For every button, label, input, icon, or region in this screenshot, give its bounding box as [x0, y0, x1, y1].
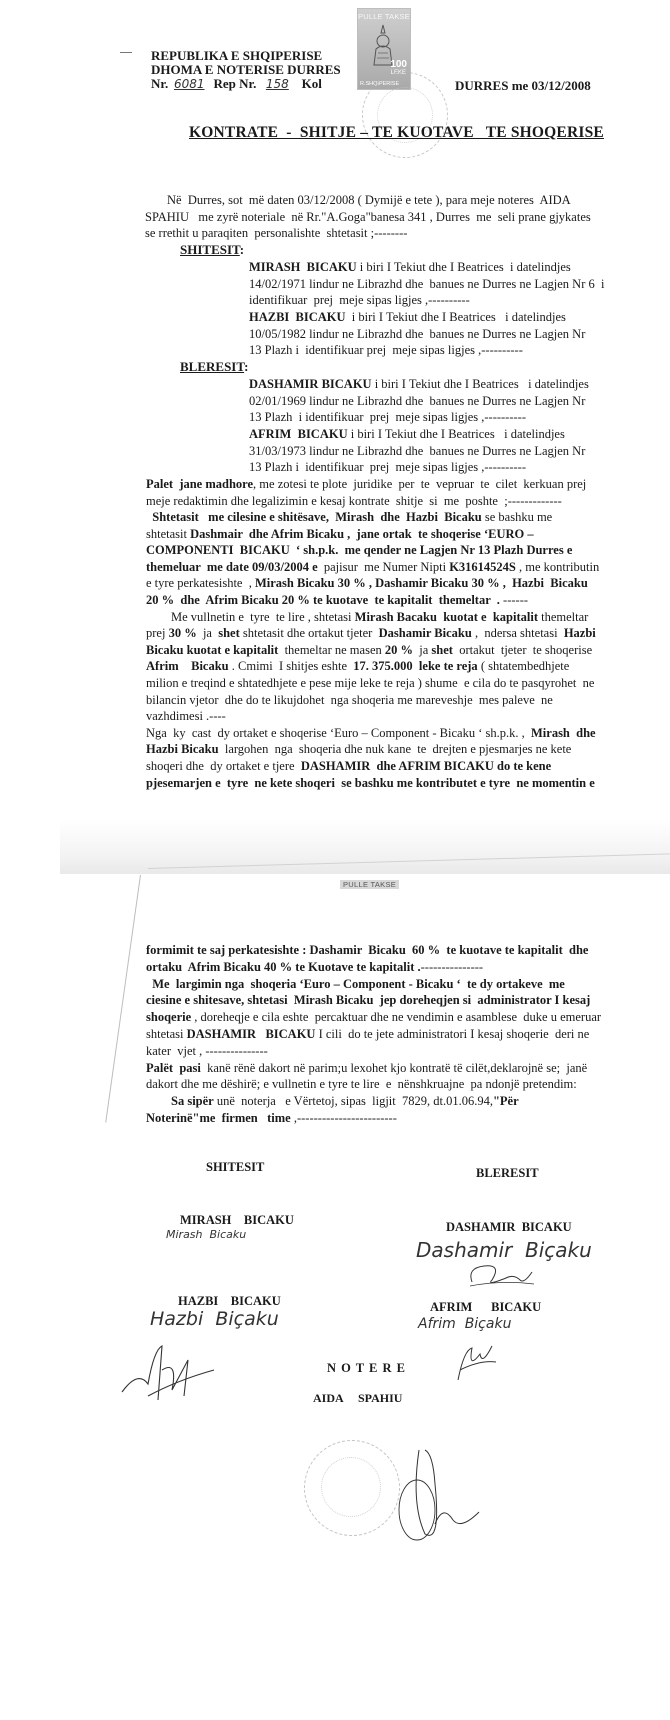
parties-paragraph: Palet jane madhore, me zotesi te plote j…	[146, 476, 626, 509]
page-1: PULLE TAKSE 100 LEKE R.SHQIPERISE REPUBL…	[0, 0, 670, 820]
seller-entry: MIRASH BICAKU i biri I Tekiut dhe I Beat…	[249, 259, 629, 309]
body-text: prej	[146, 626, 169, 640]
body-line: Nga ky cast dy ortaket e shoqerise ‘Euro…	[146, 725, 626, 742]
notary-seal	[362, 72, 448, 158]
body-text: Palët pasi	[146, 1061, 201, 1075]
buyer-line: i biri I Tekiut dhe I Beatrices i dateli…	[372, 377, 589, 391]
seller-line: i biri I Tekiut dhe I Beatrices i dateli…	[346, 310, 566, 324]
body-line: Me vullnetin e tyre te lire , shtetasi M…	[146, 609, 626, 626]
corner-mark	[120, 52, 132, 53]
tax-stamp-label: PULLE TAKSE	[358, 12, 410, 21]
notary-signature-icon	[395, 1444, 485, 1544]
body-line: prej 30 % ja shet shtetasit dhe ortakut …	[146, 625, 626, 642]
body-line: milion e treqind e shtatedhjete e pese m…	[146, 675, 626, 692]
body-text: Hazbi Bicaku	[146, 742, 219, 756]
body-line: ciesine e shitesave, shtetasi Mirash Bic…	[146, 992, 626, 1009]
body-text: 30 %	[169, 626, 197, 640]
body-text: ---------------	[421, 960, 483, 974]
body-text: bilancin vjetor dhe do te likujdohet nga…	[146, 693, 553, 707]
parties-line: , me zotesi te plote juridike per te vep…	[253, 477, 586, 491]
body-line: pjesemarjen e tyre ne kete shoqeri se ba…	[146, 775, 626, 792]
buyer-line: 13 Plazh i identifikuar prej meje sipas …	[249, 459, 629, 476]
seller1-signature: Mirash Bicaku	[166, 1228, 246, 1241]
body-text: shtetasit	[146, 527, 190, 541]
body-line: Hazbi Bicaku largohen nga shoqeria dhe n…	[146, 741, 626, 758]
body-line: Noterinë"me firmen time ,---------------…	[146, 1110, 626, 1127]
body-text: ja	[197, 626, 219, 640]
body-line: bilancin vjetor dhe do te likujdohet nga…	[146, 692, 626, 709]
buyers-signature-heading: BLERESIT	[476, 1166, 539, 1181]
parties-lead: Palet jane madhore	[146, 477, 253, 491]
body-line: ortaku Afrim Bicaku 40 % te Kuotave te k…	[146, 959, 626, 976]
notary-seal-page2-inner	[321, 1457, 381, 1517]
body-line: shoqeri dhe dy ortaket e tjere DASHAMIR …	[146, 758, 626, 775]
sellers-heading-text: SHITESIT	[180, 242, 240, 257]
body-text: COMPONENTI BICAKU ‘ sh.p.k. me qender ne…	[146, 543, 572, 557]
intro-line: Në Durres, sot më daten 03/12/2008 ( Dym…	[145, 192, 625, 209]
body-text: ------	[500, 593, 528, 607]
buyers-heading-text: BLERESIT	[180, 359, 244, 374]
body-text: Hazbi	[564, 626, 596, 640]
body-text: shoqerie	[146, 1010, 191, 1024]
buyer2-signature: Afrim Biçaku	[418, 1316, 511, 1332]
body-text: themeltar ne masen	[278, 643, 385, 657]
buyer-name: AFRIM BICAKU	[249, 427, 348, 441]
body-text: Afrim Bicaku	[146, 659, 229, 673]
body-line: kater vjet , ---------------	[146, 1043, 626, 1060]
body-text: K31614524S	[449, 560, 516, 574]
buyer2-printed-name: AFRIM BICAKU	[430, 1300, 541, 1315]
body-text: themeluar me date 09/03/2004 e	[146, 560, 318, 574]
parties-line: meje redaktimin dhe legalizimin e kesaj …	[146, 493, 626, 510]
body-text: dakort dhe me dëshirë; e vullnetin e tyr…	[146, 1077, 577, 1091]
kol-label: Kol	[302, 76, 322, 91]
body-text: Mirash dhe	[531, 726, 596, 740]
body-text: ortakut tjeter te shoqerise	[453, 643, 592, 657]
buyer2-scribble-icon	[452, 1340, 502, 1384]
seller1-printed-name: MIRASH BICAKU	[180, 1213, 294, 1228]
body-text: largohen nga shoqeria dhe nuk kane te dr…	[219, 742, 572, 756]
buyer-line: 02/01/1969 lindur ne Librazhd dhe banues…	[249, 393, 629, 410]
tax-stamp-value: 100	[390, 59, 407, 70]
body-text: shtetasi	[146, 1027, 187, 1041]
body-text: , me kontributin	[516, 560, 599, 574]
body-line: e tyre perkatesishte , Mirash Bicaku 30 …	[146, 575, 626, 592]
intro-line: se rrethit u paraqiten personalishte sht…	[145, 225, 625, 242]
place-date: DURRES me 03/12/2008	[455, 79, 591, 93]
page-shadow	[60, 820, 670, 874]
body-text: themeltar	[538, 610, 588, 624]
header-numbers: Nr.6081 Rep Nr.158 Kol	[151, 77, 322, 91]
buyers-heading: BLERESIT:	[180, 359, 248, 376]
body-text: Mirash Bacaku kuotat e kapitalit	[355, 610, 538, 624]
intro-line: SPAHIU me zyrë noteriale në Rr."A.Goga"b…	[145, 209, 625, 226]
body-line: shtetasit Dashmair dhe Afrim Bicaku , ja…	[146, 526, 626, 543]
contract-title: KONTRATE - SHITJE – TE KUOTAVE TE SHOQER…	[189, 124, 604, 142]
seller-line: 10/05/1982 lindur ne Librazhd dhe banues…	[249, 326, 629, 343]
body-text: pajisur me Numer Nipti	[318, 560, 450, 574]
body-text: unë noterja e Vërtetoj, sipas ligjit 782…	[214, 1094, 493, 1108]
body-text: Bicaku kuotat e kapitalit	[146, 643, 278, 657]
buyer-line: 13 Plazh i identifikuar prej meje sipas …	[249, 409, 629, 426]
body-text: vazhdimesi .----	[146, 709, 226, 723]
body-text: 20 % dhe Afrim Bicaku 20 % te kuotave te…	[146, 593, 500, 607]
sellers-signature-heading: SHITESIT	[206, 1160, 264, 1175]
body-text: ,------------------------	[291, 1111, 397, 1125]
seller-entry: HAZBI BICAKU i biri I Tekiut dhe I Beatr…	[249, 309, 629, 359]
body-text: Noterinë"me firmen time	[146, 1111, 291, 1125]
rep-value: 158	[256, 77, 298, 91]
body-text: ciesine e shitesave, shtetasi Mirash Bic…	[146, 993, 590, 1007]
body-line: formimit te saj perkatesishte : Dashamir…	[146, 942, 626, 959]
body-line: vazhdimesi .----	[146, 708, 626, 725]
intro-paragraph: Në Durres, sot më daten 03/12/2008 ( Dym…	[145, 192, 625, 242]
body-text: formimit te saj perkatesishte : Dashamir…	[146, 943, 588, 957]
body-line: Afrim Bicaku . Cmimi I shitjes eshte 17.…	[146, 658, 626, 675]
body-text: . Cmimi I shitjes eshte	[229, 659, 354, 673]
seller2-signature: Hazbi Biçaku	[150, 1308, 279, 1330]
tax-stamp-page2: PULLE TAKSE	[340, 880, 399, 889]
body-text: I cili do te jete administratori I kesaj…	[315, 1027, 589, 1041]
seller-line: 14/02/1971 lindur ne Librazhd dhe banues…	[249, 276, 629, 293]
body-text: shet	[431, 643, 453, 657]
body-text: 20 %	[385, 643, 413, 657]
contract-body-page2: formimit te saj perkatesishte : Dashamir…	[146, 942, 626, 1127]
body-text: Dashmair dhe Afrim Bicaku , jane ortak t…	[190, 527, 534, 541]
body-text: Sa sipër	[146, 1094, 214, 1108]
body-text: Shtetasit me cilesine e shitësave, Miras…	[146, 510, 482, 524]
buyer1-printed-name: DASHAMIR BICAKU	[446, 1220, 572, 1235]
notary-heading: N O T E R E	[327, 1361, 406, 1376]
body-text: Dashamir Bicaku	[379, 626, 472, 640]
body-line: COMPONENTI BICAKU ‘ sh.p.k. me qender ne…	[146, 542, 626, 559]
header-republic: REPUBLIKA E SHQIPERISE	[151, 49, 322, 63]
notary-seal-page2	[304, 1440, 400, 1536]
body-text: ( shtatembedhjete	[478, 659, 570, 673]
body-line: 20 % dhe Afrim Bicaku 20 % te kuotave te…	[146, 592, 626, 609]
buyer1-scribble-icon	[462, 1260, 542, 1290]
page-edge-left	[105, 875, 142, 1123]
seller-line: identifikuar prej meje sipas ligjes ,---…	[249, 292, 629, 309]
body-text: kater vjet , ---------------	[146, 1044, 268, 1058]
rep-label: Rep Nr.	[213, 76, 256, 91]
buyer-line: 31/03/1973 lindur ne Librazhd dhe banues…	[249, 443, 629, 460]
buyer-line: i biri I Tekiut dhe I Beatrices i dateli…	[348, 427, 565, 441]
body-line: themeluar me date 09/03/2004 e pajisur m…	[146, 559, 626, 576]
body-text: ja	[413, 643, 431, 657]
body-line: Shtetasit me cilesine e shitësave, Miras…	[146, 509, 626, 526]
seller-line: 13 Plazh i identifikuar prej meje sipas …	[249, 342, 629, 359]
body-line: dakort dhe me dëshirë; e vullnetin e tyr…	[146, 1076, 626, 1093]
page-2: PULLE TAKSE formimit te saj perkatesisht…	[0, 820, 670, 1720]
body-line: Me largimin nga shoqeria ‘Euro – Compone…	[146, 976, 626, 993]
body-text: DASHAMIR dhe AFRIM BICAKU do te kene	[301, 759, 551, 773]
body-text: ortaku Afrim Bicaku 40 % te Kuotave te k…	[146, 960, 421, 974]
body-text: Me largimin nga shoqeria ‘Euro – Compone…	[146, 977, 565, 991]
body-text: shoqeri dhe dy ortaket e tjere	[146, 759, 301, 773]
seller-name: MIRASH BICAKU	[249, 260, 357, 274]
nr-label: Nr.	[151, 76, 168, 91]
body-text: milion e treqind e shtatedhjete e pese m…	[146, 676, 594, 690]
seller-name: HAZBI BICAKU	[249, 310, 346, 324]
sellers-heading: SHITESIT:	[180, 242, 244, 259]
body-text: 17. 375.000 leke te reja	[353, 659, 477, 673]
buyer-entry: DASHAMIR BICAKU i biri I Tekiut dhe I Be…	[249, 376, 629, 426]
body-text: pjesemarjen e tyre ne kete shoqeri se ba…	[146, 776, 595, 790]
body-text: e tyre perkatesishte ,	[146, 576, 255, 590]
body-text: shtetasit dhe ortakut tjeter	[240, 626, 379, 640]
body-line: shtetasi DASHAMIR BICAKU I cili do te je…	[146, 1026, 626, 1043]
header-chamber: DHOMA E NOTERISE DURRES	[151, 63, 341, 77]
buyer-entry: AFRIM BICAKU i biri I Tekiut dhe I Beatr…	[249, 426, 629, 476]
seller2-printed-name: HAZBI BICAKU	[178, 1294, 281, 1309]
notary-name: AIDA SPAHIU	[313, 1391, 402, 1406]
body-text: , ndersa shtetasi	[472, 626, 564, 640]
body-line: shoqerie , doreheqje e cila eshte percak…	[146, 1009, 626, 1026]
body-line: Sa sipër unë noterja e Vërtetoj, sipas l…	[146, 1093, 626, 1110]
body-text: shet	[218, 626, 240, 640]
nr-value: 6081	[168, 77, 210, 91]
body-text: Nga ky cast dy ortaket e shoqerise ‘Euro…	[146, 726, 531, 740]
body-text: "Për	[493, 1094, 519, 1108]
body-text: kanë rënë dakort në parim;u lexohet kjo …	[201, 1061, 587, 1075]
buyer1-signature: Dashamir Biçaku	[416, 1238, 592, 1262]
tax-stamp-page2-label: PULLE TAKSE	[343, 880, 396, 889]
body-text: Mirash Bicaku 30 % , Dashamir Bicaku 30 …	[255, 576, 588, 590]
body-text: se bashku me	[482, 510, 552, 524]
body-line: Bicaku kuotat e kapitalit themeltar ne m…	[146, 642, 626, 659]
buyer-name: DASHAMIR BICAKU	[249, 377, 372, 391]
body-line: Palët pasi kanë rënë dakort në parim;u l…	[146, 1060, 626, 1077]
contract-body-page1: Shtetasit me cilesine e shitësave, Miras…	[146, 509, 626, 791]
seller2-scribble-icon	[118, 1340, 218, 1404]
body-text: DASHAMIR BICAKU	[187, 1027, 316, 1041]
body-text: Me vullnetin e tyre te lire , shtetasi	[146, 610, 355, 624]
seller-line: i biri I Tekiut dhe I Beatrices i dateli…	[357, 260, 571, 274]
body-text: , doreheqje e cila eshte percaktuar dhe …	[191, 1010, 601, 1024]
